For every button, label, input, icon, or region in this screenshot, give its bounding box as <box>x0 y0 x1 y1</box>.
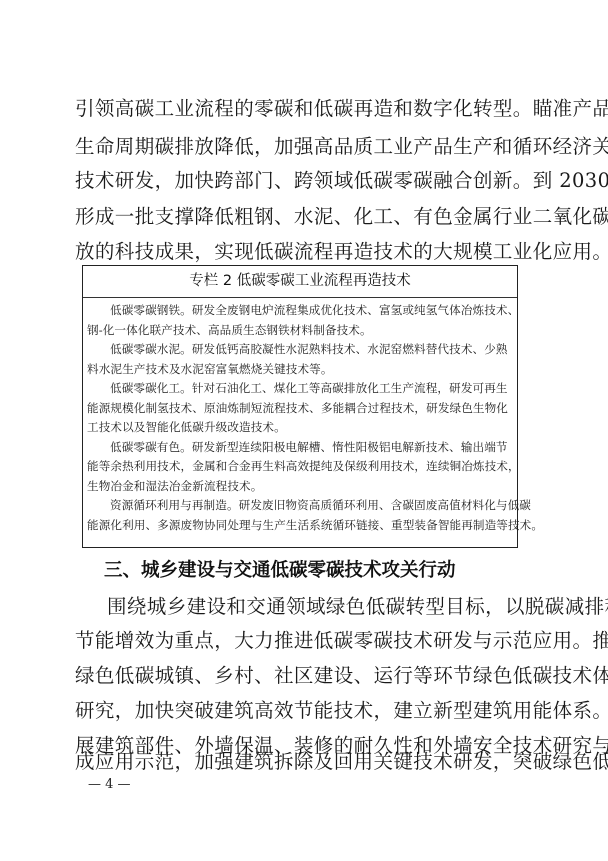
paragraph-line: 成应用示范，加强建筑拆除及回用关键技术研发，突破绿色低碳 <box>75 751 535 773</box>
box-line: 低碳零碳水泥。研发低钙高胶凝性水泥熟料技术、水泥窑燃料替代技术、少熟 <box>87 340 513 360</box>
box-item-nonferrous: 低碳零碳有色。研发新型连续阳极电解槽、惰性阳极铝电解新技术、输出端节 能等余热利… <box>87 438 513 497</box>
paragraph-line: 围绕城乡建设和交通领域绿色低碳转型目标，以脱碳减排和 <box>107 596 567 618</box>
box-line: 生物冶金和湿法冶金新流程技术。 <box>87 477 513 497</box>
paragraph-line: 形成一批支撑降低粗钢、水泥、化工、有色金属行业二氧化碳排 <box>75 206 535 228</box>
box-item-cement: 低碳零碳水泥。研发低钙高胶凝性水泥熟料技术、水泥窑燃料替代技术、少熟 料水泥生产… <box>87 340 513 379</box>
box-body: 低碳零碳钢铁。研发全废钢电炉流程集成优化技术、富氢或纯氢气体冶炼技术、 钢-化一… <box>83 298 517 535</box>
paragraph-line: 引领高碳工业流程的零碳和低碳再造和数字化转型。瞄准产品全 <box>75 98 535 120</box>
box-line: 能等余热利用技术，金属和合金再生料高效提纯及保级利用技术，连续铜冶炼技术， <box>87 457 513 477</box>
box-line: 低碳零碳有色。研发新型连续阳极电解槽、惰性阳极铝电解新技术、输出端节 <box>87 438 513 458</box>
box-line: 工技术以及智能化低碳升级改造技术。 <box>87 418 513 438</box>
paragraph-line: 技术研发，加快跨部门、跨领域低碳零碳融合创新。到 2030 年， <box>75 170 535 192</box>
paragraph-line: 节能增效为重点，大力推进低碳零碳技术研发与示范应用。推进 <box>75 630 535 652</box>
box-line: 低碳零碳化工。针对石油化工、煤化工等高碳排放化工生产流程，研发可再生 <box>87 379 513 399</box>
paragraph-line: 研究，加快突破建筑高效节能技术，建立新型建筑用能体系。开 <box>75 700 535 722</box>
box-item-steel: 低碳零碳钢铁。研发全废钢电炉流程集成优化技术、富氢或纯氢气体冶炼技术、 钢-化一… <box>87 301 513 340</box>
box-line: 低碳零碳钢铁。研发全废钢电炉流程集成优化技术、富氢或纯氢气体冶炼技术、 <box>87 301 513 321</box>
page-number: — 4 — <box>88 776 131 794</box>
box-item-recycling: 资源循环利用与再制造。研发废旧物资高质循环利用、含碳固废高值材料化与低碳 能源化… <box>87 496 513 535</box>
special-column-box: 专栏 2 低碳零碳工业流程再造技术 低碳零碳钢铁。研发全废钢电炉流程集成优化技术… <box>82 265 518 548</box>
box-item-chemical: 低碳零碳化工。针对石油化工、煤化工等高碳排放化工生产流程，研发可再生 能源规模化… <box>87 379 513 438</box>
box-line: 资源循环利用与再制造。研发废旧物资高质循环利用、含碳固废高值材料化与低碳 <box>87 496 513 516</box>
section-heading: 三、城乡建设与交通低碳零碳技术攻关行动 <box>104 559 456 583</box>
paragraph-line: 绿色低碳城镇、乡村、社区建设、运行等环节绿色低碳技术体系 <box>75 665 535 687</box>
paragraph-line: 放的科技成果，实现低碳流程再造技术的大规模工业化应用。 <box>75 241 535 263</box>
box-line: 能源规模化制氢技术、原油炼制短流程技术、多能耦合过程技术，研发绿色生物化 <box>87 399 513 419</box>
box-line: 料水泥生产技术及水泥窑富氧燃烧关键技术等。 <box>87 360 513 380</box>
paragraph-line: 生命周期碳排放降低，加强高品质工业产品生产和循环经济关键 <box>75 136 535 158</box>
box-title: 专栏 2 低碳零碳工业流程再造技术 <box>83 266 517 298</box>
document-page: 引领高碳工业流程的零碳和低碳再造和数字化转型。瞄准产品全 生命周期碳排放降低，加… <box>0 0 608 861</box>
box-line: 能源化利用、多源废物协同处理与生产生活系统循环链接、重型装备智能再制造等技术。 <box>87 516 513 536</box>
box-line: 钢-化一体化联产技术、高品质生态钢铁材料制备技术。 <box>87 321 513 341</box>
